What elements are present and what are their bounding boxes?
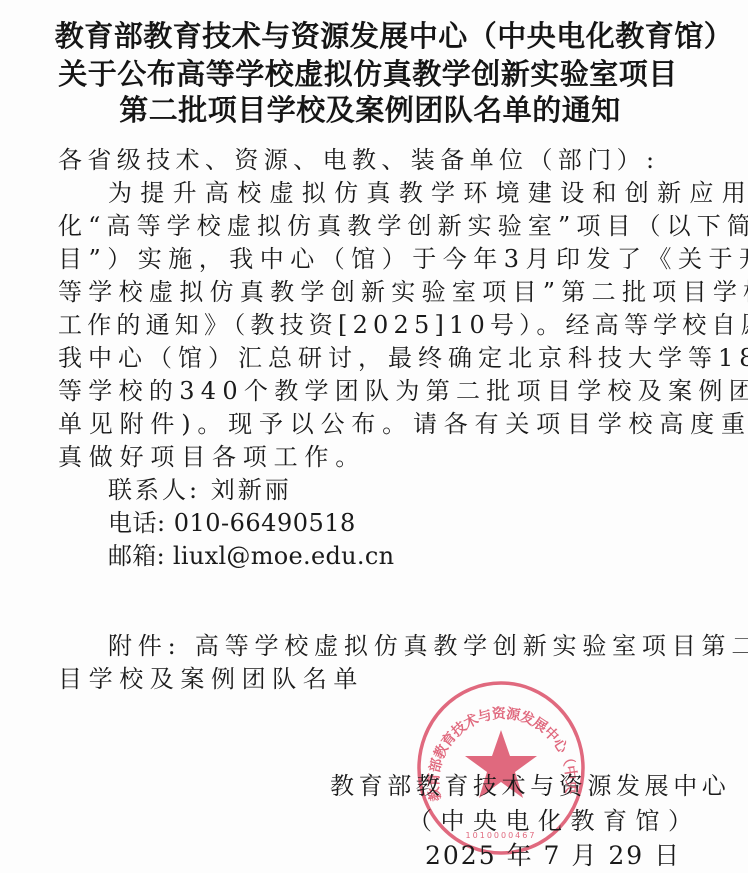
attachment-line-1: 附件: 高等学校虚拟仿真教学创新实验室项目第二批项 [108,630,748,662]
signature-org: 教育部教育技术与资源发展中心 [330,770,730,802]
document-page: 教育部教育技术与资源发展中心（中央电化教育馆） 关于公布高等学校虚拟仿真教学创新… [0,0,748,873]
body-line: 单见附件)。现予以公布。请各有关项目学校高度重视，认 [58,408,748,440]
body-line: 等学校虚拟仿真教学创新实验室项目”第二批项目学校申报 [58,276,748,308]
contact-phone: 电话: 010-66490518 [108,507,356,539]
contact-person: 联系人: 刘新丽 [108,474,292,506]
body-line: 为提升高校虚拟仿真教学环境建设和创新应用水平，深 [108,177,748,209]
body-line: 真做好项目各项工作。 [58,441,366,473]
title-line-3: 第二批项目学校及案例团队名单的通知 [0,92,744,128]
contact-email: 邮箱: liuxl@moe.edu.cn [108,540,394,572]
title-line-1: 教育部教育技术与资源发展中心（中央电化教育馆） [20,18,748,54]
attachment-line-2: 目学校及案例团队名单 [58,663,364,695]
salutation: 各省级技术、资源、电教、装备单位（部门）: [58,144,659,176]
body-line: 化“高等学校虚拟仿真教学创新实验室”项目（以下简称“项 [58,210,748,242]
signature-date: 2025 年 7 月 29 日 [425,840,681,872]
body-line: 工作的通知》（教技资[2025]10号）。经高等学校自愿申报、 [58,309,748,341]
body-line: 等学校的340个教学团队为第二批项目学校及案例团队(名 [58,375,748,407]
body-line: 我中心（馆）汇总研讨，最终确定北京科技大学等184所高 [58,342,748,374]
signature-org-alt: （中央电化教育馆） [408,805,701,837]
body-line: 目”）实施，我中心（馆）于今年3月印发了《关于开展“高 [58,243,748,275]
title-line-2: 关于公布高等学校虚拟仿真教学创新实验室项目 [0,56,742,92]
